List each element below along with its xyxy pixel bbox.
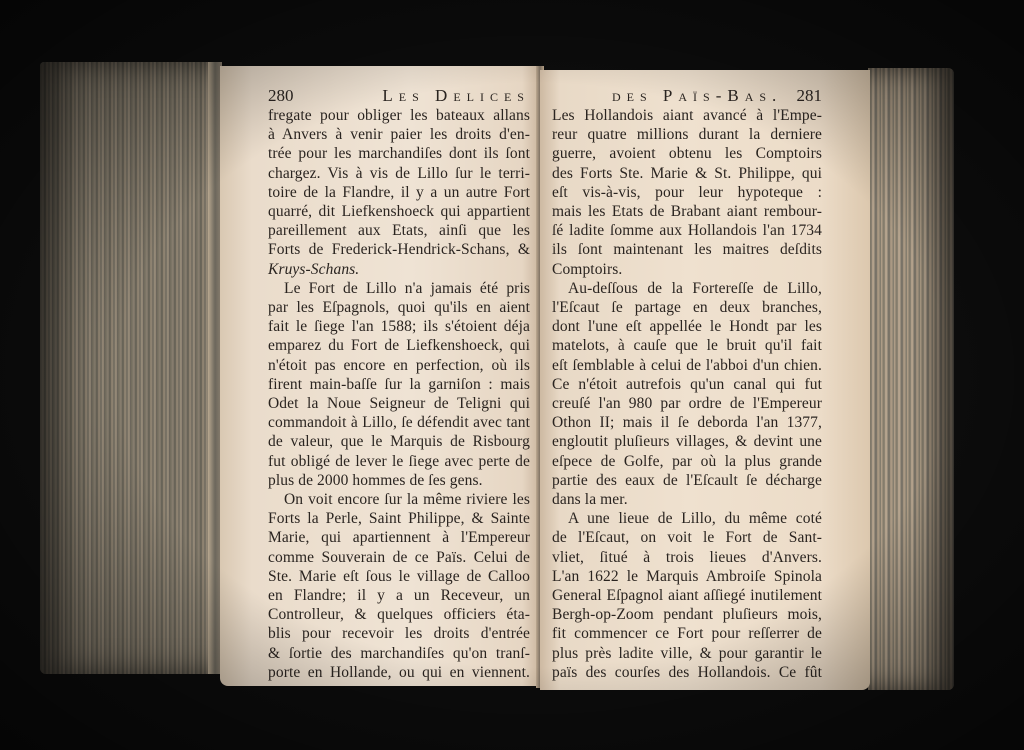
text-line: comme Souverain de ce Païs. Celui de [268,548,530,567]
text-line: Au-deſſous de la Fortereſſe de Lillo, [552,279,822,298]
text-line: pareillement aux Etats, ainſi que les [268,221,530,240]
right-running-head: des Païs-Bas. 281 [552,86,822,106]
text-line: mais les Etats de Brabant aiant rembour- [552,202,822,221]
left-page-text: 280 Les Delices fregate pour obliger les… [268,86,530,682]
text-line: de l'Eſcaut, on voit le Fort de Sant- [552,528,822,547]
right-page-number: 281 [797,86,823,105]
right-page-stack-edge [868,68,954,690]
text-line: L'an 1622 le Marquis Ambroiſe Spinola [552,567,822,586]
text-line: trée pour les marchandiſes dont ils ſont [268,144,530,163]
text-line: Ce n'étoit autrefois qu'un canal qui fut [552,375,822,394]
text-line: dont l'une eſt appellée le Hondt par les [552,317,822,336]
text-line: plus de 2000 hommes de ſes gens. [268,471,530,490]
text-line: Odet la Noue Seigneur de Teligni qui [268,394,530,413]
text-line: plus près ladite ville, & pour garantir … [552,644,822,663]
text-line: blis pour recevoir les droits d'entrée [268,624,530,643]
text-line: matelots, à cauſe que le bruit qu'il fai… [552,336,822,355]
text-line: Bergh-op-Zoom pendant pluſieurs mois, [552,605,822,624]
text-line: de valeur, que le Marquis de Risbourg [268,432,530,451]
text-line: Forts de Frederick-Hendrick-Schans, & [268,240,530,259]
text-line: des Forts Ste. Marie & St. Philippe, qui [552,164,822,183]
text-line: Le Fort de Lillo n'a jamais été pris [268,279,530,298]
text-line: porte en Hollande, ou qui en viennent. [268,663,530,682]
text-line: Controlleur, & quelques officiers éta- [268,605,530,624]
text-line: ils ſont maintenant les maitres deſdits [552,240,822,259]
right-page: des Païs-Bas. 281 Les Hollandois aiant a… [540,70,870,690]
text-line: engloutit pluſieurs villages, & devint u… [552,432,822,451]
text-line: Ste. Marie eſt ſous le village de Calloo [268,567,530,586]
text-line: eſt ſemblable à celui de l'abboi d'un ch… [552,356,822,375]
text-line: Marie, qui apartiennent à l'Empereur [268,528,530,547]
text-line: par les Eſpagnols, quoi qu'ils en aient [268,298,530,317]
left-page-stack-edge [40,62,222,674]
text-line: emparez du Fort de Liefkenshoeck, qui [268,336,530,355]
left-page-number: 280 [268,86,294,105]
text-line: l'Eſcaut ſe partage en deux branches, [552,298,822,317]
text-line: ſé ladite ſomme aux Hollandois l'an 1734 [552,221,822,240]
text-line: fregate pour obliger les bateaux allans [268,106,530,125]
text-line: guerre, avoient obtenu les Comptoirs [552,144,822,163]
text-line: fit commencer ce Fort pour reſſerrer de [552,624,822,643]
text-line: On voit encore ſur la même riviere les [268,490,530,509]
text-line: eſt vis-à-vis, pour leur hypoteque : [552,183,822,202]
text-line: en Flandre; il y a un Receveur, un [268,586,530,605]
text-line: eſpece de Golfe, par où la plus grande [552,452,822,471]
text-line: Comptoirs. [552,260,822,279]
text-line: Kruys-Schans. [268,260,530,279]
text-line: partie des eaux de l'Eſcault ſe décharge [552,471,822,490]
text-line: n'étoit pas encore en perfection, où ils [268,356,530,375]
text-line: fut obligé de lever le ſiege avec perte … [268,452,530,471]
text-line: quarré, dit Liefkenshoeck qui appartient [268,202,530,221]
text-line: Les Hollandois aiant avancé à l'Empe- [552,106,822,125]
text-line: Othon II; mais il ſe deborda l'an 1377, [552,413,822,432]
text-line: Forts la Perle, Saint Philippe, & Sainte [268,509,530,528]
text-line: chargez. Vis à vis de Lillo ſur le terri… [268,164,530,183]
text-line: à Anvers à venir paier les droits d'en- [268,125,530,144]
text-line: firent main-baſſe ſur la garniſon : mais [268,375,530,394]
text-line: fait le ſiege l'an 1588; ils s'étoient d… [268,317,530,336]
left-running-head: 280 Les Delices [268,86,530,106]
text-line: General Eſpagnol aiant aſſiegé inutileme… [552,586,822,605]
text-line: païs des courſes des Hollandois. Ce fût [552,663,822,682]
left-page: 280 Les Delices fregate pour obliger les… [220,66,538,686]
text-line: A une lieue de Lillo, du même coté [552,509,822,528]
right-page-text: des Païs-Bas. 281 Les Hollandois aiant a… [552,86,822,682]
open-book-photo: 280 Les Delices fregate pour obliger les… [0,0,1024,750]
text-line: commandoit à Lillo, ſe défendit avec tan… [268,413,530,432]
left-running-title: Les Delices [382,86,530,105]
text-line: reur quatre millions durant la derniere [552,125,822,144]
text-line: creuſé l'an 980 par ordre de l'Empereur [552,394,822,413]
text-line: toire de la Flandre, il y a un autre For… [268,183,530,202]
right-running-title: des Païs-Bas. [612,86,782,105]
text-line: & ſortie des marchandiſes qu'on tranſ- [268,644,530,663]
text-line: dans la mer. [552,490,822,509]
text-line: vliet, ſitué à trois lieues d'Anvers. [552,548,822,567]
